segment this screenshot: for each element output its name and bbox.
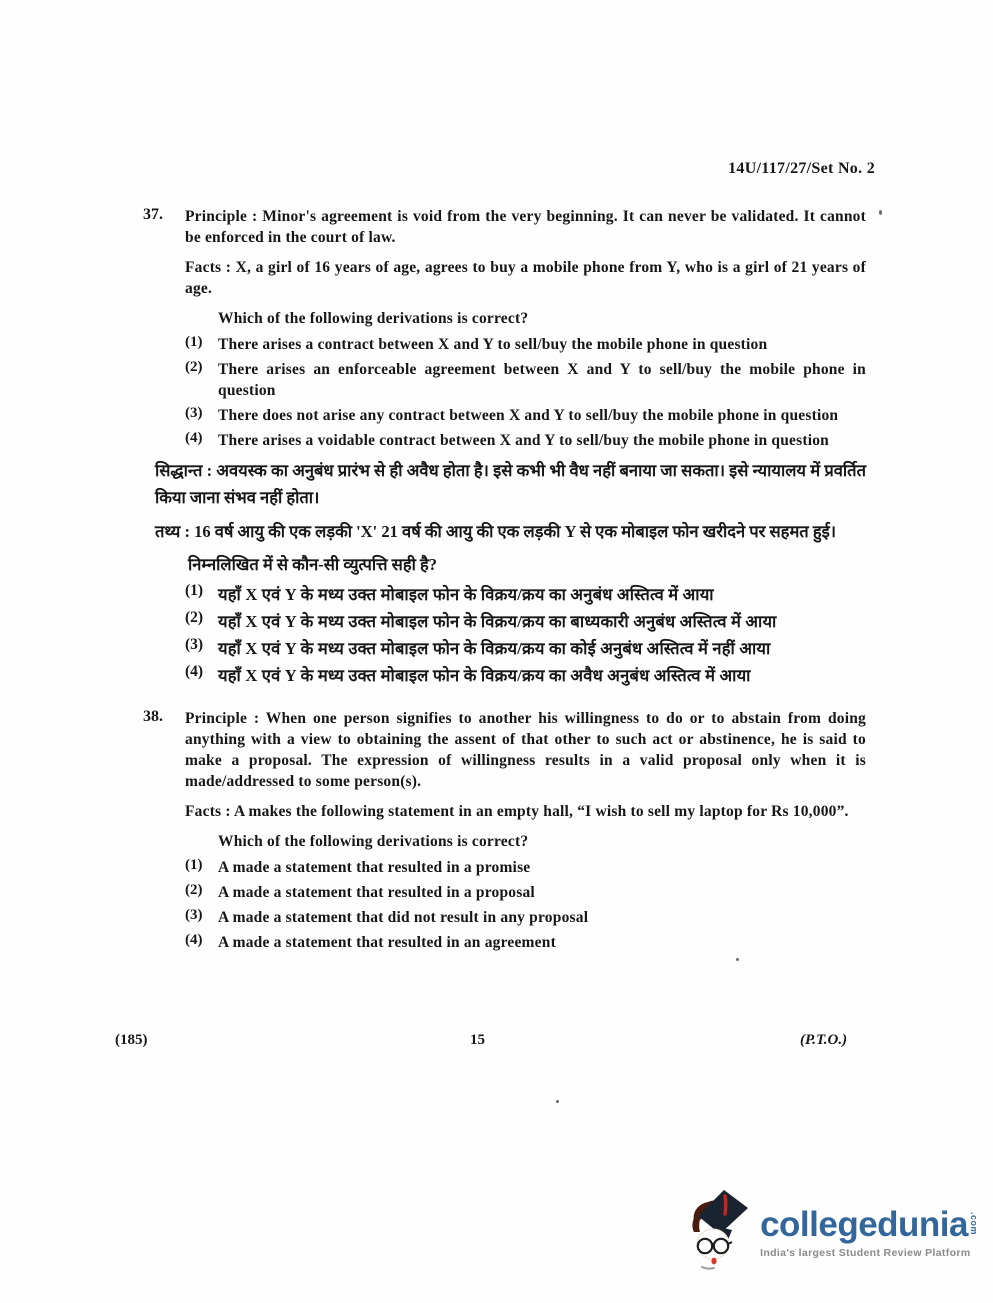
option-text: A made a statement that resulted in an a… (218, 932, 866, 953)
logo-brand-suffix: .com (969, 1212, 979, 1235)
option-text: There arises a voidable contract between… (218, 430, 866, 451)
option-number: (3) (185, 405, 218, 426)
principle-text: Principle : Minor's agreement is void fr… (185, 206, 866, 248)
principle-text: Principle : When one person signifies to… (185, 708, 866, 792)
page-number: 15 (470, 1032, 485, 1049)
question-prompt-hindi: निम्नलिखित में से कौन-सी व्युत्पत्ति सही… (188, 552, 866, 578)
option-text: There arises an enforceable agreement be… (218, 359, 866, 401)
option-number: (4) (185, 663, 218, 689)
facts-text: Facts : A makes the following statement … (185, 801, 866, 822)
option-text: A made a statement that did not result i… (218, 907, 866, 928)
logo-tagline: India's largest Student Review Platform (760, 1247, 979, 1259)
scan-speck (879, 210, 882, 215)
principle-text-hindi: सिद्धान्त : अवयस्क का अनुबंध प्रारंभ से … (155, 457, 866, 511)
question-prompt: Which of the following derivations is co… (185, 308, 866, 329)
option-number: (4) (185, 430, 218, 451)
option-number: (4) (185, 932, 218, 953)
option-row: (1) A made a statement that resulted in … (185, 857, 866, 878)
option-number: (1) (185, 334, 218, 355)
option-number: (2) (185, 882, 218, 903)
option-text: यहाँ X एवं Y के मध्य उक्त मोबाइल फोन के … (218, 663, 866, 689)
question-prompt: Which of the following derivations is co… (185, 831, 866, 852)
option-number: (1) (185, 857, 218, 878)
option-row: (3) There does not arise any contract be… (185, 405, 866, 426)
question-number: 38. (143, 708, 185, 957)
option-text: A made a statement that resulted in a pr… (218, 882, 866, 903)
option-number: (2) (185, 609, 218, 635)
scan-speck (736, 958, 739, 961)
option-text: यहाँ X एवं Y के मध्य उक्त मोबाइल फोन के … (218, 582, 866, 608)
option-row: (3) यहाँ X एवं Y के मध्य उक्त मोबाइल फोन… (185, 636, 866, 662)
paper-code: 14U/117/27/Set No. 2 (728, 160, 875, 178)
page-content: 37. Principle : Minor's agreement is voi… (143, 206, 866, 975)
facts-text: Facts : X, a girl of 16 years of age, ag… (185, 257, 866, 299)
option-row: (1) There arises a contract between X an… (185, 334, 866, 355)
option-row: (4) यहाँ X एवं Y के मध्य उक्त मोबाइल फोन… (185, 663, 866, 689)
option-text: यहाँ X एवं Y के मध्य उक्त मोबाइल फोन के … (218, 609, 866, 635)
question-37: 37. Principle : Minor's agreement is voi… (143, 206, 866, 690)
option-row: (4) A made a statement that resulted in … (185, 932, 866, 953)
option-number: (3) (185, 907, 218, 928)
footer-booklet-code: (185) (115, 1032, 148, 1049)
option-text: There arises a contract between X and Y … (218, 334, 866, 355)
question-number: 37. (143, 206, 185, 690)
option-text: A made a statement that resulted in a pr… (218, 857, 866, 878)
collegedunia-logo: collegedunia .com India's largest Studen… (688, 1188, 979, 1277)
exam-paper-page: 14U/117/27/Set No. 2 37. Principle : Min… (0, 0, 993, 1303)
option-number: (3) (185, 636, 218, 662)
option-row: (1) यहाँ X एवं Y के मध्य उक्त मोबाइल फोन… (185, 582, 866, 608)
option-row: (4) There arises a voidable contract bet… (185, 430, 866, 451)
question-38: 38. Principle : When one person signifie… (143, 708, 866, 957)
footer-pto: (P.T.O.) (800, 1032, 847, 1049)
option-number: (1) (185, 582, 218, 608)
facts-text-hindi: तथ्य : 16 वर्ष आयु की एक लड़की 'X' 21 वर… (155, 518, 866, 545)
option-row: (2) A made a statement that resulted in … (185, 882, 866, 903)
option-row: (2) यहाँ X एवं Y के मध्य उक्त मोबाइल फोन… (185, 609, 866, 635)
option-row: (3) A made a statement that did not resu… (185, 907, 866, 928)
option-row: (2) There arises an enforceable agreemen… (185, 359, 866, 401)
option-number: (2) (185, 359, 218, 401)
option-text: There does not arise any contract betwee… (218, 405, 866, 426)
option-text: यहाँ X एवं Y के मध्य उक्त मोबाइल फोन के … (218, 636, 866, 662)
scan-speck (556, 1100, 559, 1103)
collegedunia-mascot-icon (688, 1188, 752, 1277)
logo-brand-text: collegedunia (760, 1206, 968, 1244)
